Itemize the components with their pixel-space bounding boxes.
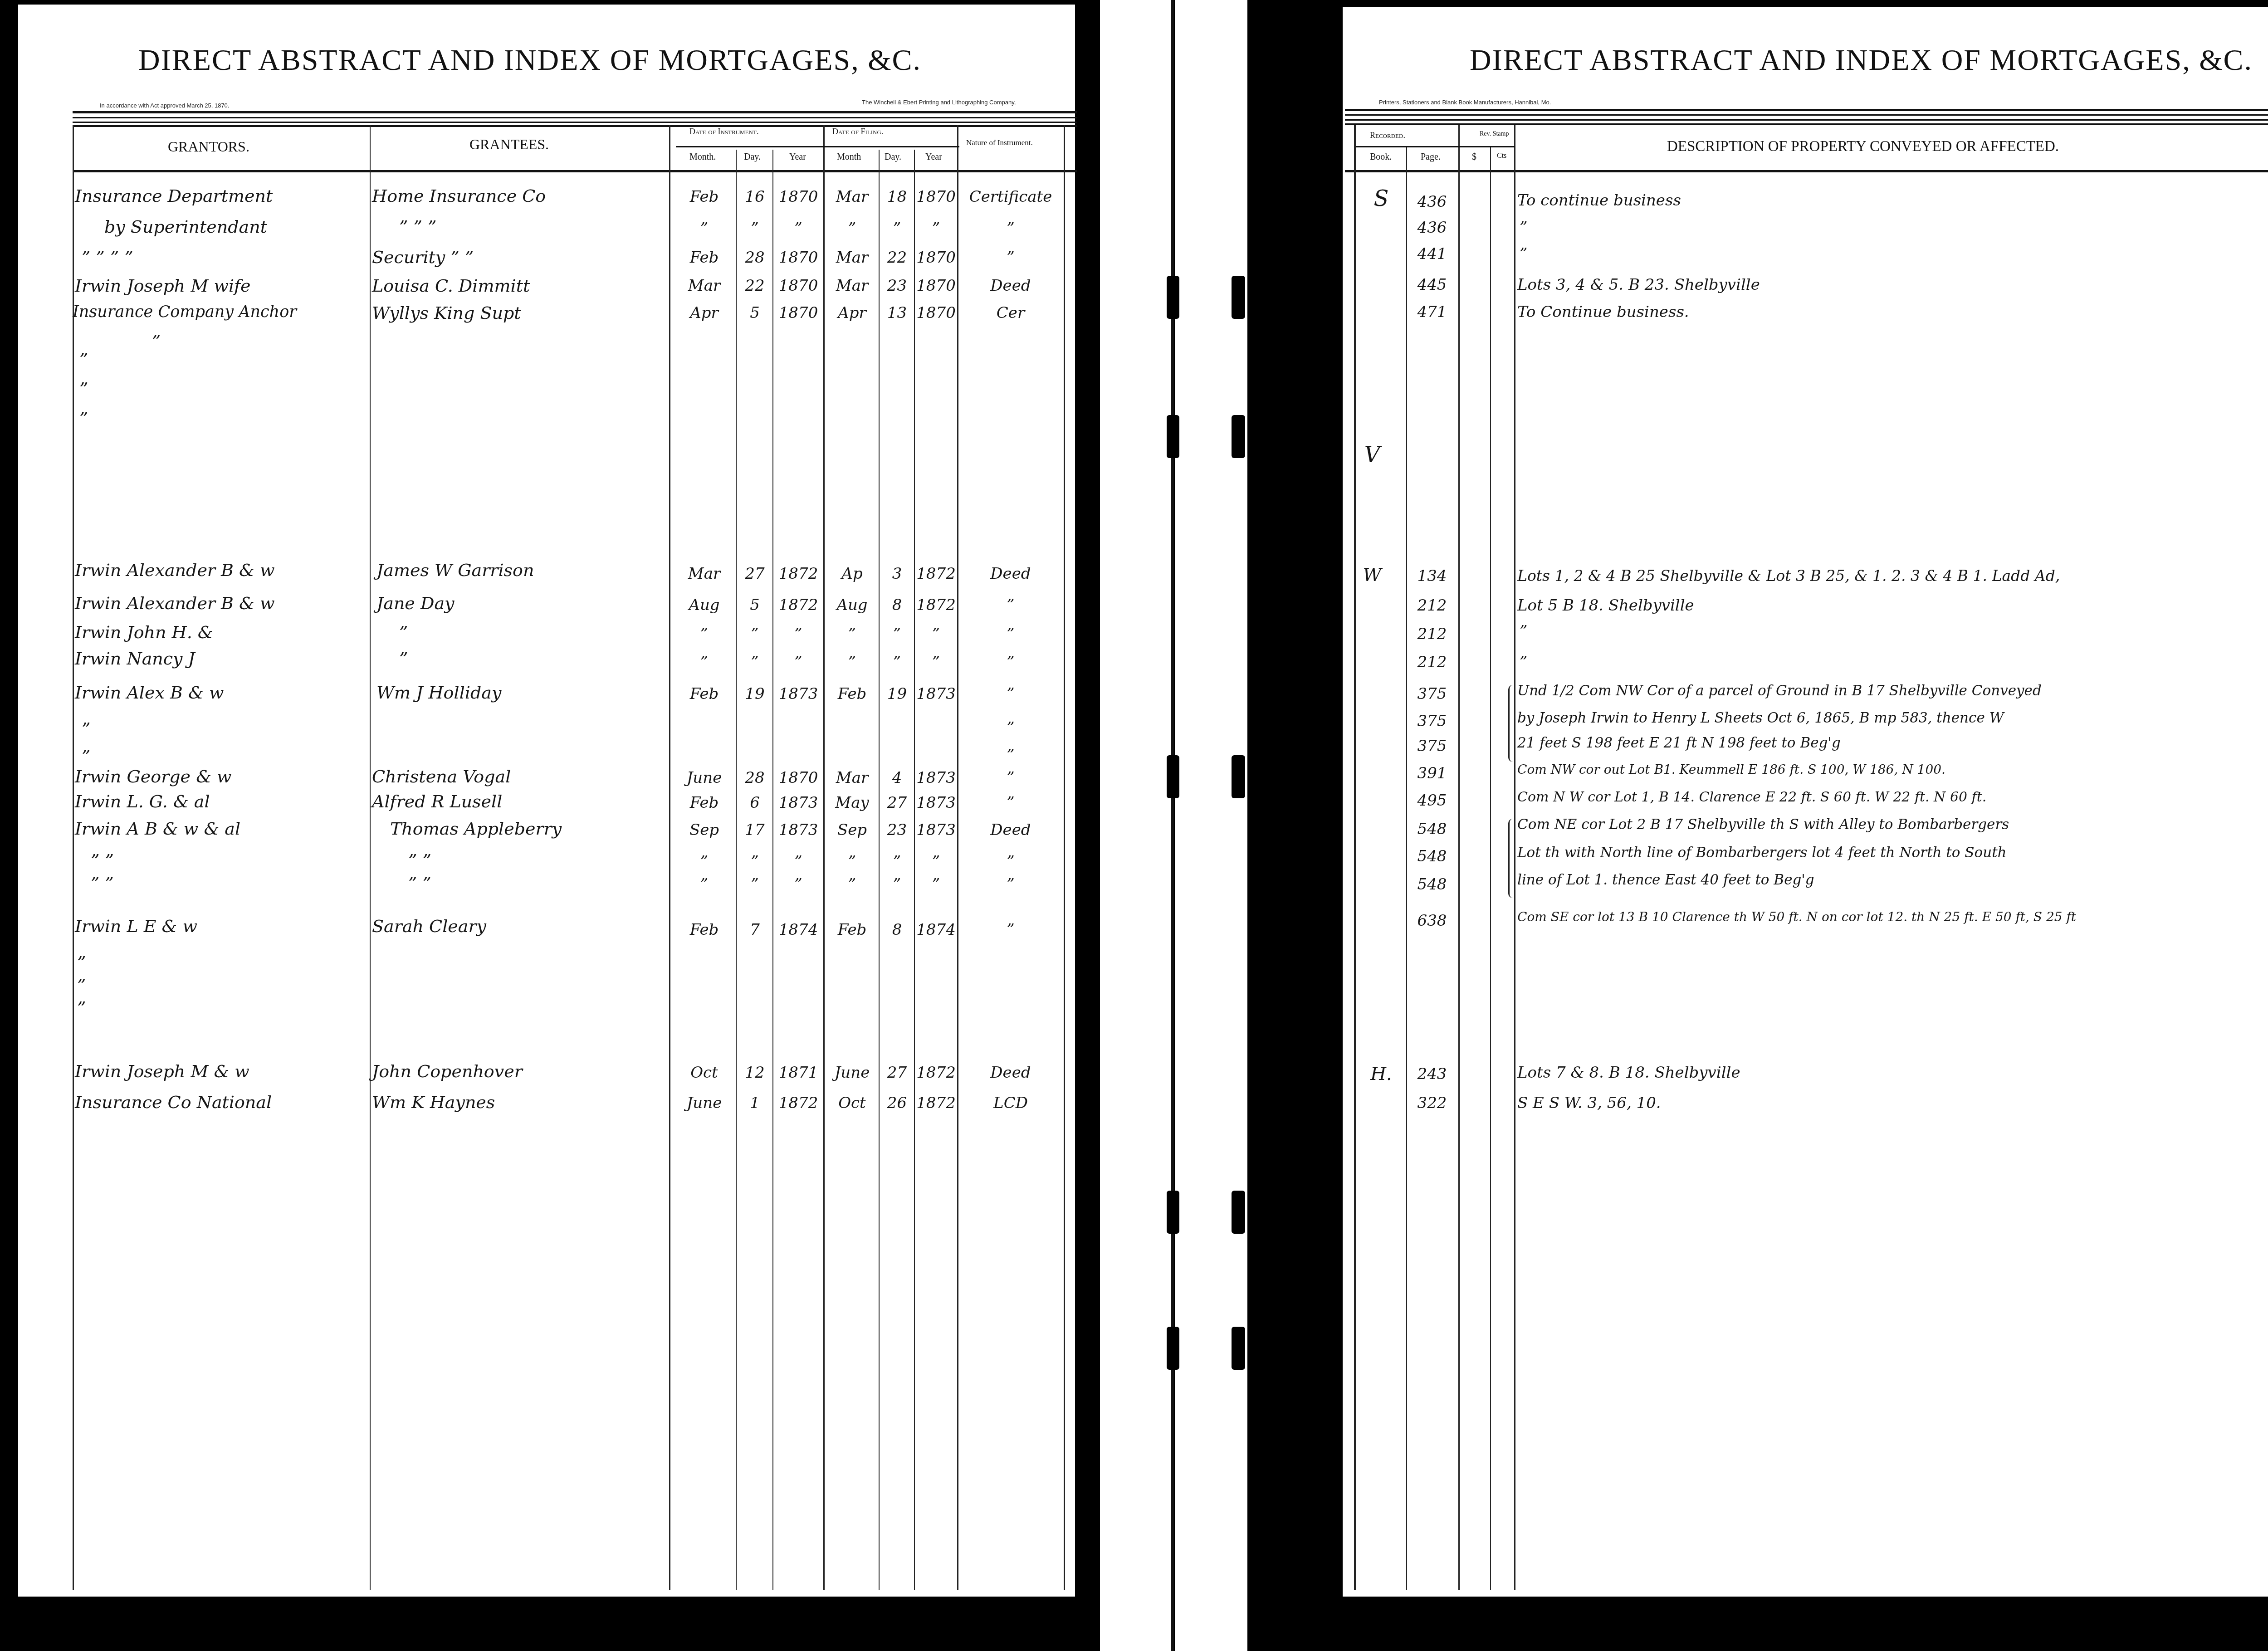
instrument-year: 1874	[773, 921, 823, 939]
grantor-cell: Irwin A B & w & al	[75, 819, 240, 839]
header-book: Book.	[1370, 152, 1392, 162]
nature-cell: ”	[958, 249, 1063, 267]
page-cell: 445	[1407, 276, 1457, 294]
grantor-cell: ” ”	[91, 873, 114, 893]
grantee-cell: Jane Day	[376, 593, 455, 613]
filing-month: Mar	[826, 188, 879, 206]
filing-month: ”	[826, 220, 879, 238]
description-cell: Und 1/2 Com NW Cor of a parcel of Ground…	[1517, 683, 2042, 699]
instrument-month: Feb	[674, 249, 735, 267]
binding-hole	[1232, 1327, 1245, 1370]
description-cell: Lots 7 & 8. B 18. Shelbyville	[1517, 1064, 1740, 1082]
filing-month: May	[826, 794, 879, 812]
description-cell: ”	[1520, 653, 1527, 671]
grantor-cell: ” ”	[91, 850, 114, 870]
binding-hole	[1167, 415, 1179, 458]
grantee-cell: Sarah Cleary	[372, 916, 486, 936]
filing-day: 13	[880, 304, 914, 322]
instrument-day: ”	[737, 875, 772, 894]
page-cell: 471	[1407, 303, 1457, 321]
filing-month: Ap	[826, 565, 879, 583]
grantor-cell: by Superintendant	[104, 217, 267, 237]
filing-year: 1870	[915, 249, 957, 267]
instrument-month: June	[674, 1094, 735, 1112]
instrument-day: 28	[737, 769, 772, 787]
col-divider-grantors	[370, 125, 371, 1590]
instrument-month: Feb	[674, 921, 735, 939]
nature-cell: ”	[958, 625, 1063, 643]
instrument-day: ”	[737, 653, 772, 671]
instrument-month: ”	[674, 220, 735, 238]
description-cell: Lots 1, 2 & 4 B 25 Shelbyville & Lot 3 B…	[1517, 567, 2060, 585]
instrument-day: 6	[737, 794, 772, 812]
recorded-subheader-rule	[1356, 146, 1515, 147]
header-date-of-filing: Date of Filing.	[832, 127, 883, 137]
filing-month: Mar	[826, 277, 879, 295]
filing-year: 1870	[915, 188, 957, 206]
col-divider-month	[736, 150, 737, 1590]
page-cell: 212	[1407, 625, 1457, 643]
instrument-day: ”	[737, 220, 772, 238]
instrument-month: ”	[674, 875, 735, 894]
page-cell: 243	[1407, 1065, 1457, 1083]
instrument-month: ”	[674, 853, 735, 871]
header-instrument-year: Year	[789, 152, 806, 162]
nature-cell: ”	[958, 794, 1063, 812]
grantor-cell: Insurance Co National	[75, 1092, 272, 1112]
header-grantees: GRANTEES.	[469, 136, 549, 153]
instrument-year: 1871	[773, 1064, 823, 1082]
grantor-cell: Irwin George & w	[75, 767, 232, 786]
filing-day: ”	[880, 653, 914, 671]
filing-year: 1870	[915, 304, 957, 322]
instrument-day: 19	[737, 685, 772, 703]
filing-month: Apr	[826, 304, 879, 322]
right-imprint-printer: Printers, Stationers and Blank Book Manu…	[1379, 99, 1551, 106]
instrument-month: Mar	[674, 277, 735, 295]
book-cell: W	[1359, 565, 1386, 586]
description-cell: S E S W. 3, 56, 10.	[1517, 1094, 1661, 1112]
instrument-month: Feb	[674, 188, 735, 206]
header-dollars: $	[1472, 152, 1476, 162]
grantee-cell: Christena Vogal	[372, 767, 511, 786]
filing-day: 3	[880, 565, 914, 583]
col-divider-month2	[879, 150, 880, 1590]
filing-day: 4	[880, 769, 914, 787]
header-rule	[73, 125, 1077, 127]
nature-cell: ”	[958, 685, 1063, 703]
filing-month: Mar	[826, 249, 879, 267]
filing-month: Sep	[826, 821, 879, 839]
page-cell: 436	[1407, 219, 1457, 237]
grantor-cell: Irwin L E & w	[75, 916, 197, 936]
instrument-year: 1873	[773, 821, 823, 839]
page-cell: 375	[1407, 737, 1457, 755]
nature-cell: ”	[958, 220, 1063, 238]
header-instrument-month: Month.	[689, 152, 716, 162]
right-page-left-border	[1354, 125, 1356, 1590]
grantor-cell: Insurance Company Anchor	[73, 303, 297, 321]
grantor-cell: Irwin Alexander B & w	[75, 593, 275, 613]
description-cell: ”	[1520, 219, 1527, 237]
col-divider-dollars	[1490, 147, 1491, 1590]
filing-day: 8	[880, 596, 914, 614]
book-cell: V	[1359, 442, 1386, 468]
date-subheader-rule	[676, 146, 959, 147]
filing-day: 23	[880, 277, 914, 295]
instrument-year: 1873	[773, 794, 823, 812]
nature-cell: Deed	[958, 1064, 1063, 1082]
left-imprint-act: In accordance with Act approved March 25…	[100, 102, 229, 109]
filing-day: 18	[880, 188, 914, 206]
page-cell: 375	[1407, 685, 1457, 703]
nature-cell: ”	[958, 875, 1063, 894]
instrument-day: 1	[737, 1094, 772, 1112]
grantor-cell: ”	[79, 349, 88, 369]
column-header-bottom-rule	[1345, 170, 2268, 172]
description-cell: Com NE cor Lot 2 B 17 Shelbyville th S w…	[1517, 816, 2009, 833]
column-header-bottom-rule	[73, 170, 1077, 172]
right-border	[1064, 125, 1065, 1590]
col-divider-grantees	[669, 125, 670, 1590]
description-cell: Com SE cor lot 13 B 10 Clarence th W 50 …	[1517, 909, 2076, 924]
binding-hole	[1232, 1191, 1245, 1234]
nature-cell: Certificate	[958, 188, 1063, 206]
instrument-day: 16	[737, 188, 772, 206]
instrument-year: 1870	[773, 277, 823, 295]
binding-hole	[1232, 415, 1245, 458]
filing-month: Aug	[826, 596, 879, 614]
grantor-cell: Irwin Alexander B & w	[75, 560, 275, 580]
page-cell: 548	[1407, 847, 1457, 865]
description-cell: Com NW cor out Lot B1. Keummell E 186 ft…	[1517, 762, 1945, 777]
header-nature-of-instrument: Nature of Instrument.	[966, 138, 1033, 147]
left-imprint-printer: The Winchell & Ebert Printing and Lithog…	[862, 99, 1016, 106]
book-cell: S	[1359, 186, 1404, 211]
instrument-month: ”	[674, 653, 735, 671]
instrument-day: 7	[737, 921, 772, 939]
header-rule	[1345, 119, 2268, 121]
col-divider-instrument	[823, 125, 825, 1590]
grantee-cell: Wm J Holliday	[376, 683, 501, 703]
description-cell: To continue business	[1517, 191, 1681, 210]
description-cell: ”	[1520, 622, 1527, 640]
brace-mark	[1508, 685, 1515, 762]
grantee-cell: Wyllys King Supt	[372, 303, 521, 323]
instrument-day: 17	[737, 821, 772, 839]
grantee-cell: Security ” ”	[372, 247, 474, 267]
header-filing-year: Year	[925, 152, 942, 162]
filing-month: ”	[826, 653, 879, 671]
binding-hole	[1167, 1191, 1179, 1234]
filing-year: 1872	[915, 565, 957, 583]
grantor-cell: ”	[82, 746, 90, 766]
filing-year: 1873	[915, 794, 957, 812]
instrument-month: Oct	[674, 1064, 735, 1082]
nature-cell: Cer	[958, 304, 1063, 322]
instrument-month: Apr	[674, 304, 735, 322]
filing-day: ”	[880, 625, 914, 643]
instrument-month: Feb	[674, 794, 735, 812]
nature-cell: ”	[958, 596, 1063, 614]
nature-cell: ”	[958, 719, 1063, 737]
filing-month: Feb	[826, 685, 879, 703]
instrument-year: 1870	[773, 769, 823, 787]
instrument-month: Aug	[674, 596, 735, 614]
instrument-day: ”	[737, 853, 772, 871]
filing-year: ”	[915, 853, 957, 871]
grantor-cell: ”	[79, 379, 88, 399]
filing-day: 26	[880, 1094, 914, 1112]
right-page-title: DIRECT ABSTRACT AND INDEX OF MORTGAGES, …	[1470, 43, 2253, 78]
page-cell: 548	[1407, 820, 1457, 838]
page-cell: 375	[1407, 712, 1457, 730]
grantee-cell: James W Garrison	[376, 560, 534, 580]
page-cell: 391	[1407, 764, 1457, 782]
description-cell: Lots 3, 4 & 5. B 23. Shelbyville	[1517, 276, 1760, 294]
instrument-month: Feb	[674, 685, 735, 703]
nature-cell: LCD	[958, 1094, 1063, 1112]
filing-day: 19	[880, 685, 914, 703]
instrument-year: ”	[773, 853, 823, 871]
description-cell: line of Lot 1. thence East 40 feet to Be…	[1517, 872, 1814, 888]
filing-day: ”	[880, 853, 914, 871]
instrument-day: 12	[737, 1064, 772, 1082]
header-description: DESCRIPTION OF PROPERTY CONVEYED OR AFFE…	[1667, 138, 2059, 155]
col-divider-book	[1406, 147, 1407, 1590]
grantee-cell: ”	[399, 649, 408, 669]
grantor-cell: Insurance Department	[75, 186, 273, 206]
filing-month: Mar	[826, 769, 879, 787]
filing-month: Oct	[826, 1094, 879, 1112]
page-cell: 322	[1407, 1094, 1457, 1112]
nature-cell: ”	[958, 746, 1063, 764]
grantor-cell: ”	[79, 408, 88, 428]
filing-year: 1874	[915, 921, 957, 939]
description-cell: 21 feet S 198 feet E 21 ft N 198 feet to…	[1517, 735, 1841, 751]
brace-mark	[1508, 819, 1515, 898]
instrument-day: ”	[737, 625, 772, 643]
filing-year: 1872	[915, 1064, 957, 1082]
description-cell: To Continue business.	[1517, 303, 1689, 321]
description-cell: by Joseph Irwin to Henry L Sheets Oct 6,…	[1517, 710, 2004, 726]
grantor-cell: ”	[77, 975, 86, 995]
grantor-cell: Irwin Joseph M wife	[75, 276, 251, 296]
nature-cell: Deed	[958, 277, 1063, 295]
header-grantors: GRANTORS.	[168, 138, 249, 155]
grantee-cell: Louisa C. Dimmitt	[372, 276, 530, 296]
filing-day: 8	[880, 921, 914, 939]
filing-month: ”	[826, 853, 879, 871]
page-cell: 548	[1407, 875, 1457, 894]
instrument-year: 1870	[773, 249, 823, 267]
filing-year: 1873	[915, 769, 957, 787]
page-cell: 212	[1407, 596, 1457, 615]
header-date-of-instrument: Date of Instrument.	[689, 127, 758, 137]
binding-hole	[1232, 755, 1245, 798]
instrument-year: ”	[773, 653, 823, 671]
instrument-year: 1872	[773, 596, 823, 614]
header-rule	[1345, 109, 2268, 111]
header-rule	[1345, 123, 2268, 125]
instrument-year: 1870	[773, 188, 823, 206]
description-cell: Com N W cor Lot 1, B 14. Clarence E 22 f…	[1517, 789, 1986, 805]
binding-hole	[1167, 276, 1179, 319]
instrument-year: ”	[773, 625, 823, 643]
nature-cell: Deed	[958, 821, 1063, 839]
instrument-month: Sep	[674, 821, 735, 839]
filing-year: 1872	[915, 596, 957, 614]
filing-year: 1872	[915, 1094, 957, 1112]
instrument-year: 1873	[773, 685, 823, 703]
grantor-cell: Irwin John H. &	[75, 622, 213, 642]
instrument-day: 22	[737, 277, 772, 295]
page-cell: 495	[1407, 791, 1457, 810]
grantor-cell: Irwin L. G. & al	[75, 791, 210, 811]
grantor-cell: ”	[77, 952, 86, 972]
header-rule	[1345, 114, 2268, 116]
filing-month: ”	[826, 875, 879, 894]
grantor-cell: ”	[82, 719, 90, 739]
grantor-cell: Irwin Nancy J	[75, 649, 195, 669]
instrument-month: ”	[674, 625, 735, 643]
header-instrument-day: Day.	[744, 152, 761, 162]
filing-month: June	[826, 1064, 879, 1082]
nature-cell: ”	[958, 769, 1063, 787]
grantee-cell: ” ”	[408, 873, 431, 893]
page-cell: 212	[1407, 653, 1457, 671]
grantor-cell: ” ” ” ”	[82, 247, 133, 267]
nature-cell: Deed	[958, 565, 1063, 583]
filing-year: ”	[915, 653, 957, 671]
grantor-cell: ”	[152, 331, 161, 351]
grantee-cell: Alfred R Lusell	[372, 791, 502, 811]
left-border	[73, 125, 74, 1590]
grantee-cell: Thomas Appleberry	[390, 819, 562, 839]
header-rule	[73, 117, 1077, 118]
header-recorded: Recorded.	[1370, 131, 1405, 140]
filing-year: ”	[915, 220, 957, 238]
filing-day: 22	[880, 249, 914, 267]
page-cell: 436	[1407, 193, 1457, 211]
instrument-day: 27	[737, 565, 772, 583]
instrument-day: 28	[737, 249, 772, 267]
instrument-year: ”	[773, 875, 823, 894]
left-page-title: DIRECT ABSTRACT AND INDEX OF MORTGAGES, …	[138, 43, 921, 78]
grantor-cell: Irwin Alex B & w	[75, 683, 224, 703]
page-cell: 134	[1407, 567, 1457, 585]
header-cents: Cts	[1497, 152, 1506, 160]
grantee-cell: ”	[399, 622, 408, 642]
filing-year: ”	[915, 875, 957, 894]
binding-hole	[1167, 1327, 1179, 1370]
filing-year: 1873	[915, 821, 957, 839]
filing-day: 27	[880, 794, 914, 812]
grantee-cell: ” ” ”	[399, 217, 436, 237]
grantor-cell: Irwin Joseph M & w	[75, 1061, 249, 1081]
header-filing-month: Month	[837, 152, 861, 162]
filing-year: ”	[915, 625, 957, 643]
page-cell: 638	[1407, 912, 1457, 930]
description-cell: Lot th with North line of Bombarbergers …	[1517, 845, 2007, 861]
filing-month: Feb	[826, 921, 879, 939]
instrument-year: 1870	[773, 304, 823, 322]
instrument-day: 5	[737, 304, 772, 322]
filing-year: 1870	[915, 277, 957, 295]
nature-cell: ”	[958, 853, 1063, 871]
instrument-month: Mar	[674, 565, 735, 583]
binding-hole	[1232, 276, 1245, 319]
gutter-fold-line	[1171, 0, 1174, 1651]
grantor-cell: ”	[77, 998, 86, 1018]
grantee-cell: ” ”	[408, 850, 431, 870]
filing-year: 1873	[915, 685, 957, 703]
instrument-day: 5	[737, 596, 772, 614]
col-divider-page	[1458, 125, 1460, 1590]
header-filing-day: Day.	[885, 152, 901, 162]
nature-cell: ”	[958, 653, 1063, 671]
grantee-cell: Wm K Haynes	[372, 1092, 495, 1112]
nature-cell: ”	[958, 921, 1063, 939]
header-page: Page.	[1421, 152, 1441, 162]
instrument-month: June	[674, 769, 735, 787]
description-cell: ”	[1520, 245, 1527, 263]
grantee-cell: John Copenhover	[372, 1061, 523, 1081]
instrument-year: 1872	[773, 1094, 823, 1112]
instrument-year: 1872	[773, 565, 823, 583]
description-cell: Lot 5 B 18. Shelbyville	[1517, 596, 1694, 615]
filing-day: ”	[880, 875, 914, 894]
filing-month: ”	[826, 625, 879, 643]
book-cell: H.	[1359, 1064, 1404, 1084]
header-rule	[73, 122, 1077, 123]
instrument-year: ”	[773, 220, 823, 238]
grantee-cell: Home Insurance Co	[372, 186, 546, 206]
filing-day: 27	[880, 1064, 914, 1082]
header-rule	[73, 111, 1077, 113]
header-rev-stamp: Rev. Stamp	[1480, 131, 1509, 138]
binding-hole	[1167, 755, 1179, 798]
binding-gutter-right	[1175, 0, 1247, 1651]
filing-day: 23	[880, 821, 914, 839]
filing-day: ”	[880, 220, 914, 238]
page-cell: 441	[1407, 245, 1457, 263]
binding-gutter-left	[1100, 0, 1173, 1651]
